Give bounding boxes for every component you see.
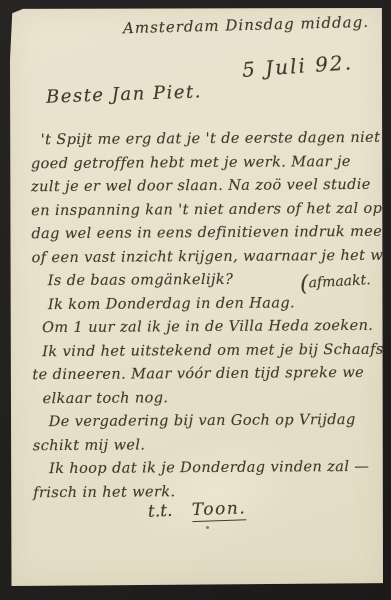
letter-line: De vergadering bij van Goch op Vrijdag bbox=[33, 409, 377, 435]
letter-margin-note: (afmaakt. bbox=[300, 268, 372, 297]
letter-date: 5 Juli 92. bbox=[241, 50, 353, 82]
letter-line: Om 1 uur zal ik je in de Villa Heda zoek… bbox=[32, 315, 376, 341]
letter-line: Ik hoop dat ik je Donderdag vinden zal — bbox=[33, 456, 377, 482]
note-text: afmaakt. bbox=[309, 272, 372, 291]
letter-closing: t.t. bbox=[148, 501, 173, 522]
letter-line: elkaar toch nog. bbox=[32, 385, 376, 411]
letter-place-line: Amsterdam Dinsdag middag. bbox=[123, 13, 369, 37]
letter-signature: Toon. bbox=[192, 498, 247, 522]
letter-line: goed getroffen hebt met je werk. Maar je bbox=[31, 150, 375, 176]
letter-line: 't Spijt me erg dat je 't de eerste dage… bbox=[31, 127, 375, 153]
letter-body: 't Spijt me erg dat je 't de eerste dage… bbox=[31, 127, 378, 505]
letter-line: of een vast inzicht krijgen, waarnaar je… bbox=[32, 244, 376, 270]
letter-salutation: Beste Jan Piet. bbox=[46, 81, 203, 107]
letter-paper: Amsterdam Dinsdag middag. 5 Juli 92. Bes… bbox=[10, 8, 383, 586]
letter-line: zult je er wel door slaan. Na zoö veel s… bbox=[31, 174, 375, 200]
letter-line: en inspanning kan 't niet anders of het … bbox=[31, 197, 375, 223]
letter-line: schikt mij wel. bbox=[33, 432, 377, 458]
photo-background: Amsterdam Dinsdag middag. 5 Juli 92. Bes… bbox=[0, 0, 391, 600]
letter-line: dag wel eens in eens definitieven indruk… bbox=[31, 221, 375, 247]
letter-line: te dineeren. Maar vóór dien tijd spreke … bbox=[32, 362, 376, 388]
letter-signature-block: t.t. Toon. bbox=[148, 498, 247, 523]
ink-speck bbox=[206, 526, 209, 529]
letter-line: Ik vind het uitstekend om met je bij Sch… bbox=[32, 338, 376, 364]
